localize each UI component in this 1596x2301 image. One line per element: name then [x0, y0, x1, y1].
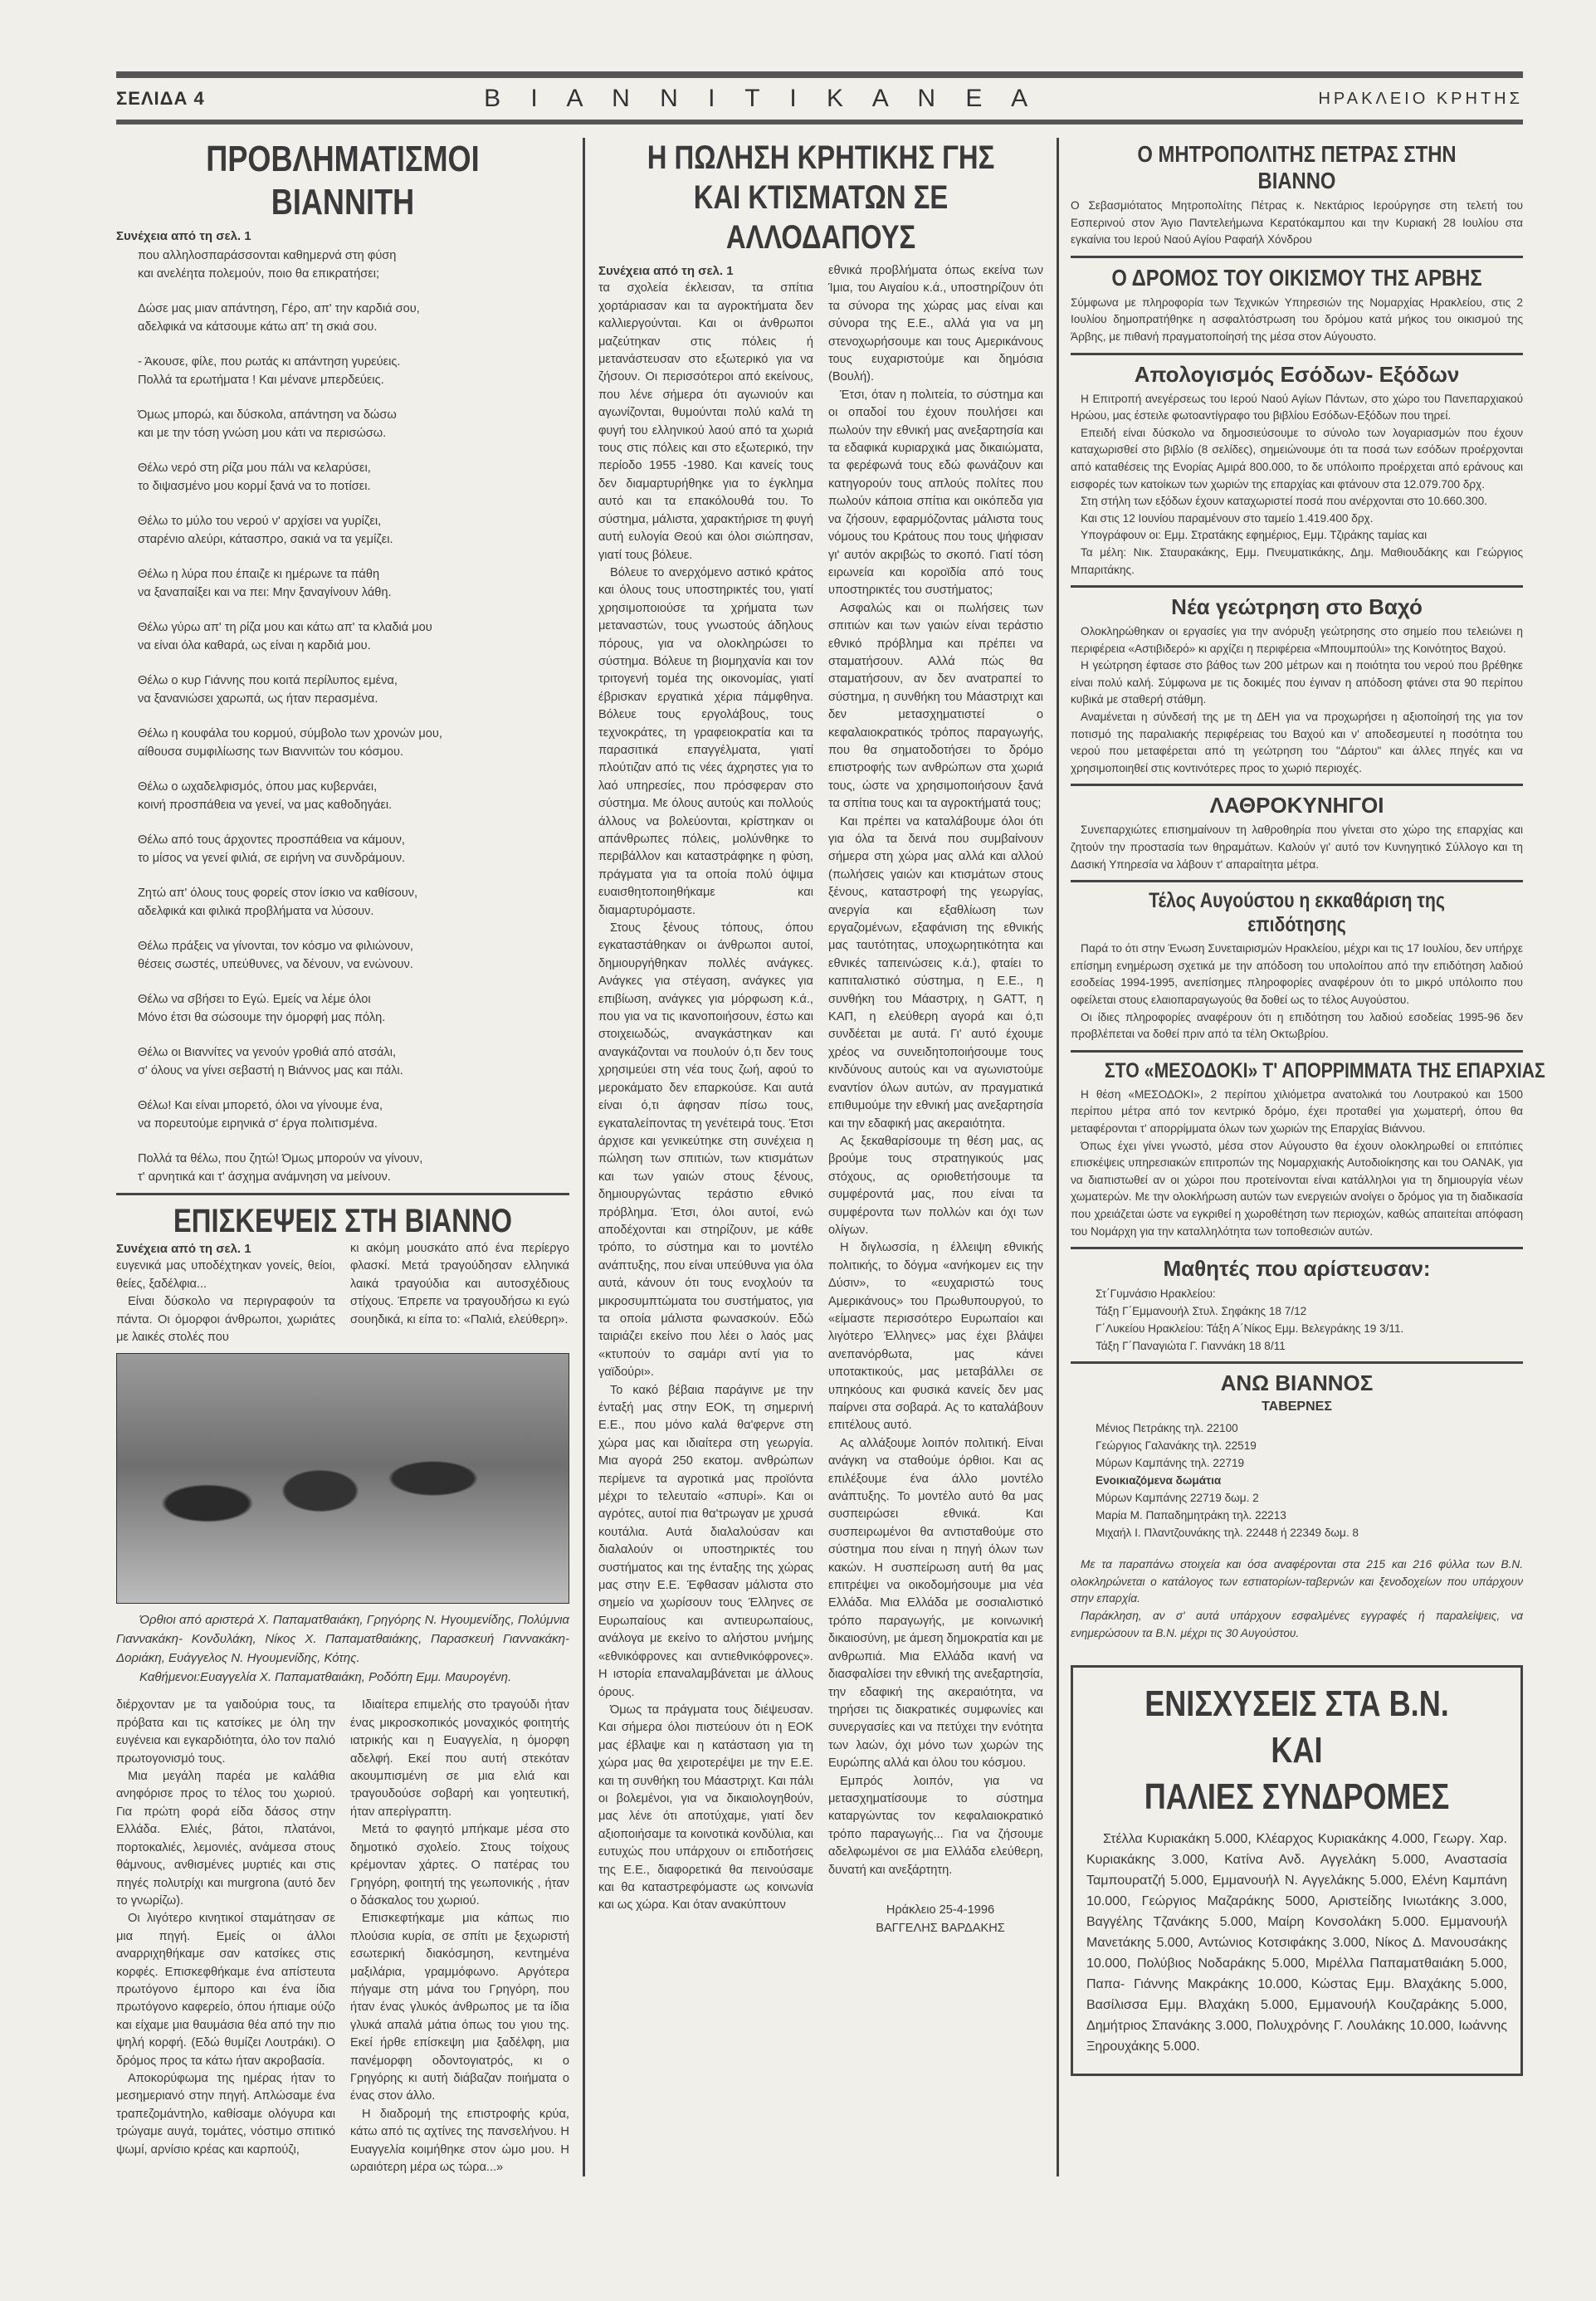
masthead-bottom-rule — [116, 120, 1523, 125]
list-item: Γεώργιος Γαλανάκης τηλ. 22519 — [1096, 1437, 1523, 1454]
donations-list: Στέλλα Κυριακάκη 5.000, Κλέαρχος Κυριακά… — [1086, 1829, 1507, 2057]
paragraph: Οι ίδιες πληροφορίες αναφέρουν ότι η επι… — [1071, 1009, 1523, 1043]
students-list: Στ΄Γυμνάσιο Ηρακλείου: Τάξη Γ΄Εμμανουήλ … — [1071, 1285, 1523, 1355]
paragraph: Παράκληση, αν σ' αυτά υπάρχουν εσφαλμένε… — [1071, 1608, 1523, 1642]
paragraph: Στη στήλη των εξόδων έχουν καταχωριστεί … — [1071, 493, 1523, 511]
list-item: Μαρία Μ. Παπαδημητράκη τηλ. 22213 — [1096, 1507, 1523, 1524]
taverns-list: Μένιος Πετράκης τηλ. 22100 Γεώργιος Γαλα… — [1071, 1419, 1523, 1541]
paragraph: Ας ξεκαθαρίσουμε τη θέση μας, ας βρούμε … — [828, 1133, 1043, 1239]
section-divider — [1071, 1361, 1523, 1364]
columns: ΠΡΟΒΛΗΜΑΤΙΣΜΟΙ ΒΙΑΝΝΙΤΗ Συνέχεια από τη … — [116, 138, 1523, 2176]
paragraph: Υπογράφουν οι: Εμμ. Στρατάκης εφημέριος,… — [1071, 527, 1523, 545]
paragraph: Η διαδρομή της επιστροφής κρύα, κάτω από… — [350, 2106, 569, 2177]
taverns-note: Με τα παραπάνω στοιχεία και όσα αναφέρον… — [1071, 1556, 1523, 1642]
caption-line: Καθήμενοι:Ευαγγελία Χ. Παπαματθαιάκη, Ρο… — [116, 1668, 569, 1687]
stanza: Πολλά τα θέλω, που ζητώ! Όμως μπορούν να… — [138, 1150, 569, 1186]
visits-top-text: Συνέχεια από τη σελ. 1 ευγενικά μας υποδ… — [116, 1240, 569, 1346]
list-item: Γ΄Λυκείου Ηρακλείου: Τάξη Α΄Νίκος Εμμ. Β… — [1096, 1320, 1523, 1337]
stanza: Όμως μπορώ, και δύσκολα, απάντηση να δώσ… — [138, 406, 569, 442]
paragraph: εθνικά προβλήματα όπως εκείνα των Ίμια, … — [828, 262, 1043, 387]
list-item: Μιχαήλ Ι. Πλαντζουνάκης τηλ. 22448 ή 223… — [1096, 1524, 1523, 1541]
paragraph: τα σχολεία έκλεισαν, τα σπίτια χορτάριασ… — [598, 280, 813, 564]
stanza: Θέλω η λύρα που έπαιζε κι ημέρωνε τα πάθ… — [138, 565, 569, 602]
masthead: ΣΕΛΙΔΑ 4 Β Ι Α Ν Ν Ι Τ Ι Κ Α Ν Ε Α ΗΡΑΚΛ… — [116, 78, 1523, 120]
landfill-body: Η θέση «ΜΕΣΟΔΟΚΙ», 2 περίπου χιλιόμετρα … — [1071, 1087, 1523, 1240]
donations-title-line1: ΕΝΙΣΧΥΣΕΙΣ ΣΤΑ Β.Ν. ΚΑΙ — [1125, 1681, 1470, 1774]
author: ΒΑΓΓΕΛΗΣ ΒΑΡΔΑΚΗΣ — [849, 1919, 1032, 1937]
stanza: - Άκουσε, φίλε, που ρωτάς κι απάντηση γυ… — [138, 353, 569, 389]
left-column: ΠΡΟΒΛΗΜΑΤΙΣΜΟΙ ΒΙΑΝΝΙΤΗ Συνέχεια από τη … — [116, 138, 585, 2176]
section-divider — [1071, 353, 1523, 355]
rooms-heading: Ενοικιαζόμενα δωμάτια — [1096, 1472, 1523, 1489]
stanza: που αλληλοσπαράσσονται καθημερνά στη φύσ… — [138, 247, 569, 283]
poem-article-title: ΠΡΟΒΛΗΜΑΤΙΣΜΟΙ ΒΙΑΝΝΙΤΗ — [157, 138, 529, 224]
paragraph: Με τα παραπάνω στοιχεία και όσα αναφέρον… — [1071, 1556, 1523, 1608]
stanza: Θέλω ο κυρ Γιάννης που κοιτά περίλυπος ε… — [138, 672, 569, 708]
taverns-heading: ΤΑΒΕΡΝΕΣ — [1071, 1400, 1523, 1414]
masthead-top-rule — [116, 71, 1523, 78]
metropolitan-body: Ο Σεβασμιότατος Μητροπολίτης Πέτρας κ. Ν… — [1071, 198, 1523, 249]
list-item: Στ΄Γυμνάσιο Ηρακλείου: — [1096, 1285, 1523, 1302]
road-title: Ο ΔΡΟΜΟΣ ΤΟΥ ΟΙΚΙΣΜΟΥ ΤΗΣ ΑΡΒΗΣ — [1105, 265, 1489, 291]
paragraph: Αναμένεται η σύνδεσή της με τη ΔΕΗ για ν… — [1071, 709, 1523, 777]
paragraph: Όπως έχει γίνει γνωστό, μέσα στον Αύγουσ… — [1071, 1138, 1523, 1241]
donations-title-line2: ΠΑΛΙΕΣ ΣΥΝΔΡΟΜΕΣ — [1125, 1774, 1470, 1820]
paragraph: Αποκορύφωμα της ημέρας ήταν το μεσημερια… — [116, 2070, 335, 2159]
paragraph: Μετά το φαγητό μπήκαμε μέσα στο δημοτικό… — [350, 1821, 569, 1910]
signature: Ηράκλειο 25-4-1996 ΒΑΓΓΕΛΗΣ ΒΑΡΔΑΚΗΣ — [828, 1901, 1043, 1937]
stanza: Θέλω το μύλο του νερού ν' αρχίσει να γυρ… — [138, 512, 569, 549]
section-divider — [116, 1193, 569, 1195]
paragraph: Επισκεφτήκαμε μια κάπως πιο πλούσια κυρί… — [350, 1910, 569, 2105]
section-divider — [1071, 585, 1523, 588]
paragraph: Το κακό βέβαια παράγινε με την ένταξή μα… — [598, 1382, 813, 1702]
photo-caption: Όρθιοι από αριστερά Χ. Παπαματθαιάκη, Γρ… — [116, 1610, 569, 1687]
list-item: Μένιος Πετράκης τηλ. 22100 — [1096, 1419, 1523, 1437]
paragraph: Είναι δύσκολο να περιγραφούν τα πάντα. Ο… — [116, 1293, 335, 1346]
section-divider — [1071, 784, 1523, 786]
metropolitan-title: Ο ΜΗΤΡΟΠΟΛΙΤΗΣ ΠΕΤΡΑΣ ΣΤΗΝ ΒΙΑΝΝΟ — [1105, 141, 1489, 194]
paragraph: Μια μεγάλη παρέα με καλάθια ανηφόρισε πρ… — [116, 1768, 335, 1910]
paragraph: κι ακόμη μουσκάτο από ένα περίεργο φλασκ… — [350, 1240, 569, 1329]
paragraph: Επειδή είναι δύσκολο να δημοσιεύσουμε το… — [1071, 425, 1523, 493]
list-item: Τάξη Γ΄Παναγιώτα Γ. Γιαννάκη 18 8/11 — [1096, 1337, 1523, 1355]
landfill-title: ΣΤΟ «ΜΕΣΟΔΟΚΙ» Τ' ΑΠΟΡΡΙΜΜΑΤΑ ΤΗΣ ΕΠΑΡΧΙ… — [1105, 1059, 1489, 1083]
paragraph: Ας αλλάξουμε λοιπόν πολιτική. Είναι ανάγ… — [828, 1435, 1043, 1773]
students-title: Μαθητές που αρίστευσαν: — [1071, 1256, 1523, 1282]
paragraph: Και πρέπει να καταλάβουμε όλοι ότι για ό… — [828, 813, 1043, 1133]
stanza: Θέλω νερό στη ρίζα μου πάλι να κελαρύσει… — [138, 459, 569, 496]
paragraph: Εμπρός λοιπόν, για να μετασχηματίσουμε τ… — [828, 1773, 1043, 1879]
paragraph: Βόλευε το ανερχόμενο αστικό κράτος και ό… — [598, 564, 813, 920]
paragraph: ευγενικά μας υποδέχτηκαν γονείς, θείοι, … — [116, 1258, 335, 1293]
stanza: Θέλω από τους άρχοντες προσπάθεια να κάμ… — [138, 831, 569, 867]
land-article-title: Η ΠΩΛΗΣΗ ΚΡΗΤΙΚΗΣ ΓΗΣ ΚΑΙ ΚΤΙΣΜΑΤΩΝ ΣΕ Α… — [638, 138, 1003, 257]
subsidy-title: Τέλος Αυγούστου η εκκαθάριση της επιδότη… — [1105, 889, 1489, 937]
road-body: Σύμφωνα με πληροφορία των Τεχνικών Υπηρε… — [1071, 295, 1523, 346]
stanza: Θέλω ο ωχαδελφισμός, όπου μας κυβερνάει,… — [138, 778, 569, 814]
group-photo — [116, 1353, 569, 1604]
borehole-body: Ολοκληρώθηκαν οι εργασίες για την ανόρυξ… — [1071, 623, 1523, 777]
right-column: Ο ΜΗΤΡΟΠΟΛΙΤΗΣ ΠΕΤΡΑΣ ΣΤΗΝ ΒΙΑΝΝΟ Ο Σεβα… — [1059, 138, 1523, 2176]
ano-viannos-title: ΑΝΩ ΒΙΑΝΝΟΣ — [1071, 1370, 1523, 1396]
donations-box: ΕΝΙΣΧΥΣΕΙΣ ΣΤΑ Β.Ν. ΚΑΙ ΠΑΛΙΕΣ ΣΥΝΔΡΟΜΕΣ… — [1071, 1665, 1523, 2076]
stanza: Θέλω η κουφάλα του κορμού, σύμβολο των χ… — [138, 725, 569, 761]
paragraph: Οι λιγότερο κινητικοί σταμάτησαν σε μια … — [116, 1910, 335, 2070]
accounts-title: Απολογισμός Εσόδων- Εξόδων — [1071, 362, 1523, 388]
section-divider — [1071, 880, 1523, 882]
borehole-title: Νέα γεώτρηση στο Βαχό — [1071, 594, 1523, 620]
visits-bottom-text: διέρχονταν με τα γαιδούρια τους, τα πρόβ… — [116, 1697, 569, 2176]
stanza: Θέλω γύρω απ' τη ρίζα μου και κάτω απ' τ… — [138, 618, 569, 655]
paragraph: Ιδιαίτερα επιμελής στο τραγούδι ήταν ένα… — [350, 1697, 569, 1821]
accounts-body: Η Επιτροπή ανεγέρσεως του Ιερού Ναού Αγί… — [1071, 391, 1523, 579]
paragraph: Τα μέλη: Νικ. Σταυρακάκης, Εμμ. Πνευματι… — [1071, 545, 1523, 579]
paragraph: Η διγλωσσία, η έλλειψη εθνικής πολιτικής… — [828, 1239, 1043, 1434]
stanza: Θέλω να σβήσει το Εγώ. Εμείς να λέμε όλο… — [138, 990, 569, 1027]
subsidy-body: Παρά το ότι στην Ένωση Συνεταιρισμών Ηρα… — [1071, 940, 1523, 1043]
land-article-body: Συνέχεια από τη σελ. 1 τα σχολεία έκλεισ… — [598, 262, 1043, 1937]
place-date: Ηράκλειο 25-4-1996 — [849, 1901, 1032, 1919]
poem-body: που αλληλοσπαράσσονται καθημερνά στη φύσ… — [116, 247, 569, 1186]
section-divider — [1071, 1050, 1523, 1053]
list-item: Μύρων Καμπάνης τηλ. 22719 — [1096, 1454, 1523, 1472]
continued-label: Συνέχεια από τη σελ. 1 — [598, 262, 813, 280]
list-item: Μύρων Καμπάνης 22719 δωμ. 2 — [1096, 1489, 1523, 1507]
continued-label: Συνέχεια από τη σελ. 1 — [116, 1240, 335, 1258]
paragraph: Η θέση «ΜΕΣΟΔΟΚΙ», 2 περίπου χιλιόμετρα … — [1071, 1087, 1523, 1138]
stanza: Θέλω πράξεις να γίνονται, τον κόσμο να φ… — [138, 937, 569, 974]
stanza: Ζητώ απ' όλους τους φορείς στον ίσκιο να… — [138, 884, 569, 921]
newspaper-title: Β Ι Α Ν Ν Ι Τ Ι Κ Α Ν Ε Α — [484, 85, 1039, 113]
poachers-body: Συνεπαρχιώτες επισημαίνουν τη λαθροθηρία… — [1071, 822, 1523, 873]
paragraph: Και στις 12 Ιουνίου παραμένουν στο ταμεί… — [1071, 511, 1523, 528]
paragraph: διέρχονταν με τα γαιδούρια τους, τα πρόβ… — [116, 1697, 335, 1768]
paragraph: Η γεώτρηση έφτασε στο βάθος των 200 μέτρ… — [1071, 657, 1523, 709]
stanza: Θέλω οι Βιαννίτες να γενούν γροθιά από α… — [138, 1043, 569, 1080]
section-divider — [1071, 256, 1523, 258]
caption-line: Όρθιοι από αριστερά Χ. Παπαματθαιάκη, Γρ… — [116, 1610, 569, 1668]
paragraph: Ασφαλώς και οι πωλήσεις των σπιτιών και … — [828, 600, 1043, 813]
stanza: Θέλω! Και είναι μπορετό, όλοι να γίνουμε… — [138, 1097, 569, 1133]
poachers-title: ΛΑΘΡΟΚΥΝΗΓΟΙ — [1071, 793, 1523, 818]
page-number: ΣΕΛΙΔΑ 4 — [116, 88, 205, 110]
section-divider — [1071, 1247, 1523, 1249]
paragraph: Όμως τα πράγματα τους διέψευσαν. Και σήμ… — [598, 1702, 813, 1915]
stanza: Δώσε μας μιαν απάντηση, Γέρο, απ' την κα… — [138, 300, 569, 336]
middle-column: Η ΠΩΛΗΣΗ ΚΡΗΤΙΚΗΣ ΓΗΣ ΚΑΙ ΚΤΙΣΜΑΤΩΝ ΣΕ Α… — [585, 138, 1059, 2176]
paragraph: Παρά το ότι στην Ένωση Συνεταιρισμών Ηρα… — [1071, 940, 1523, 1009]
paragraph: Στους ξένους τόπους, όπου εγκαταστάθηκαν… — [598, 920, 813, 1382]
newspaper-page: ΣΕΛΙΔΑ 4 Β Ι Α Ν Ν Ι Τ Ι Κ Α Ν Ε Α ΗΡΑΚΛ… — [116, 66, 1523, 2176]
continued-label: Συνέχεια από τη σελ. 1 — [116, 229, 569, 243]
paragraph: Ολοκληρώθηκαν οι εργασίες για την ανόρυξ… — [1071, 623, 1523, 657]
newspaper-location: ΗΡΑΚΛΕΙΟ ΚΡΗΤΗΣ — [1318, 90, 1523, 109]
paragraph: Η Επιτροπή ανεγέρσεως του Ιερού Ναού Αγί… — [1071, 391, 1523, 425]
paragraph: Έτσι, όταν η πολιτεία, το σύστημα και οι… — [828, 387, 1043, 600]
list-item: Τάξη Γ΄Εμμανουήλ Στυλ. Σηφάκης 18 7/12 — [1096, 1302, 1523, 1320]
visits-article-title: ΕΠΙΣΚΕΨΕΙΣ ΣΤΗ ΒΙΑΝΝΟ — [157, 1202, 529, 1240]
